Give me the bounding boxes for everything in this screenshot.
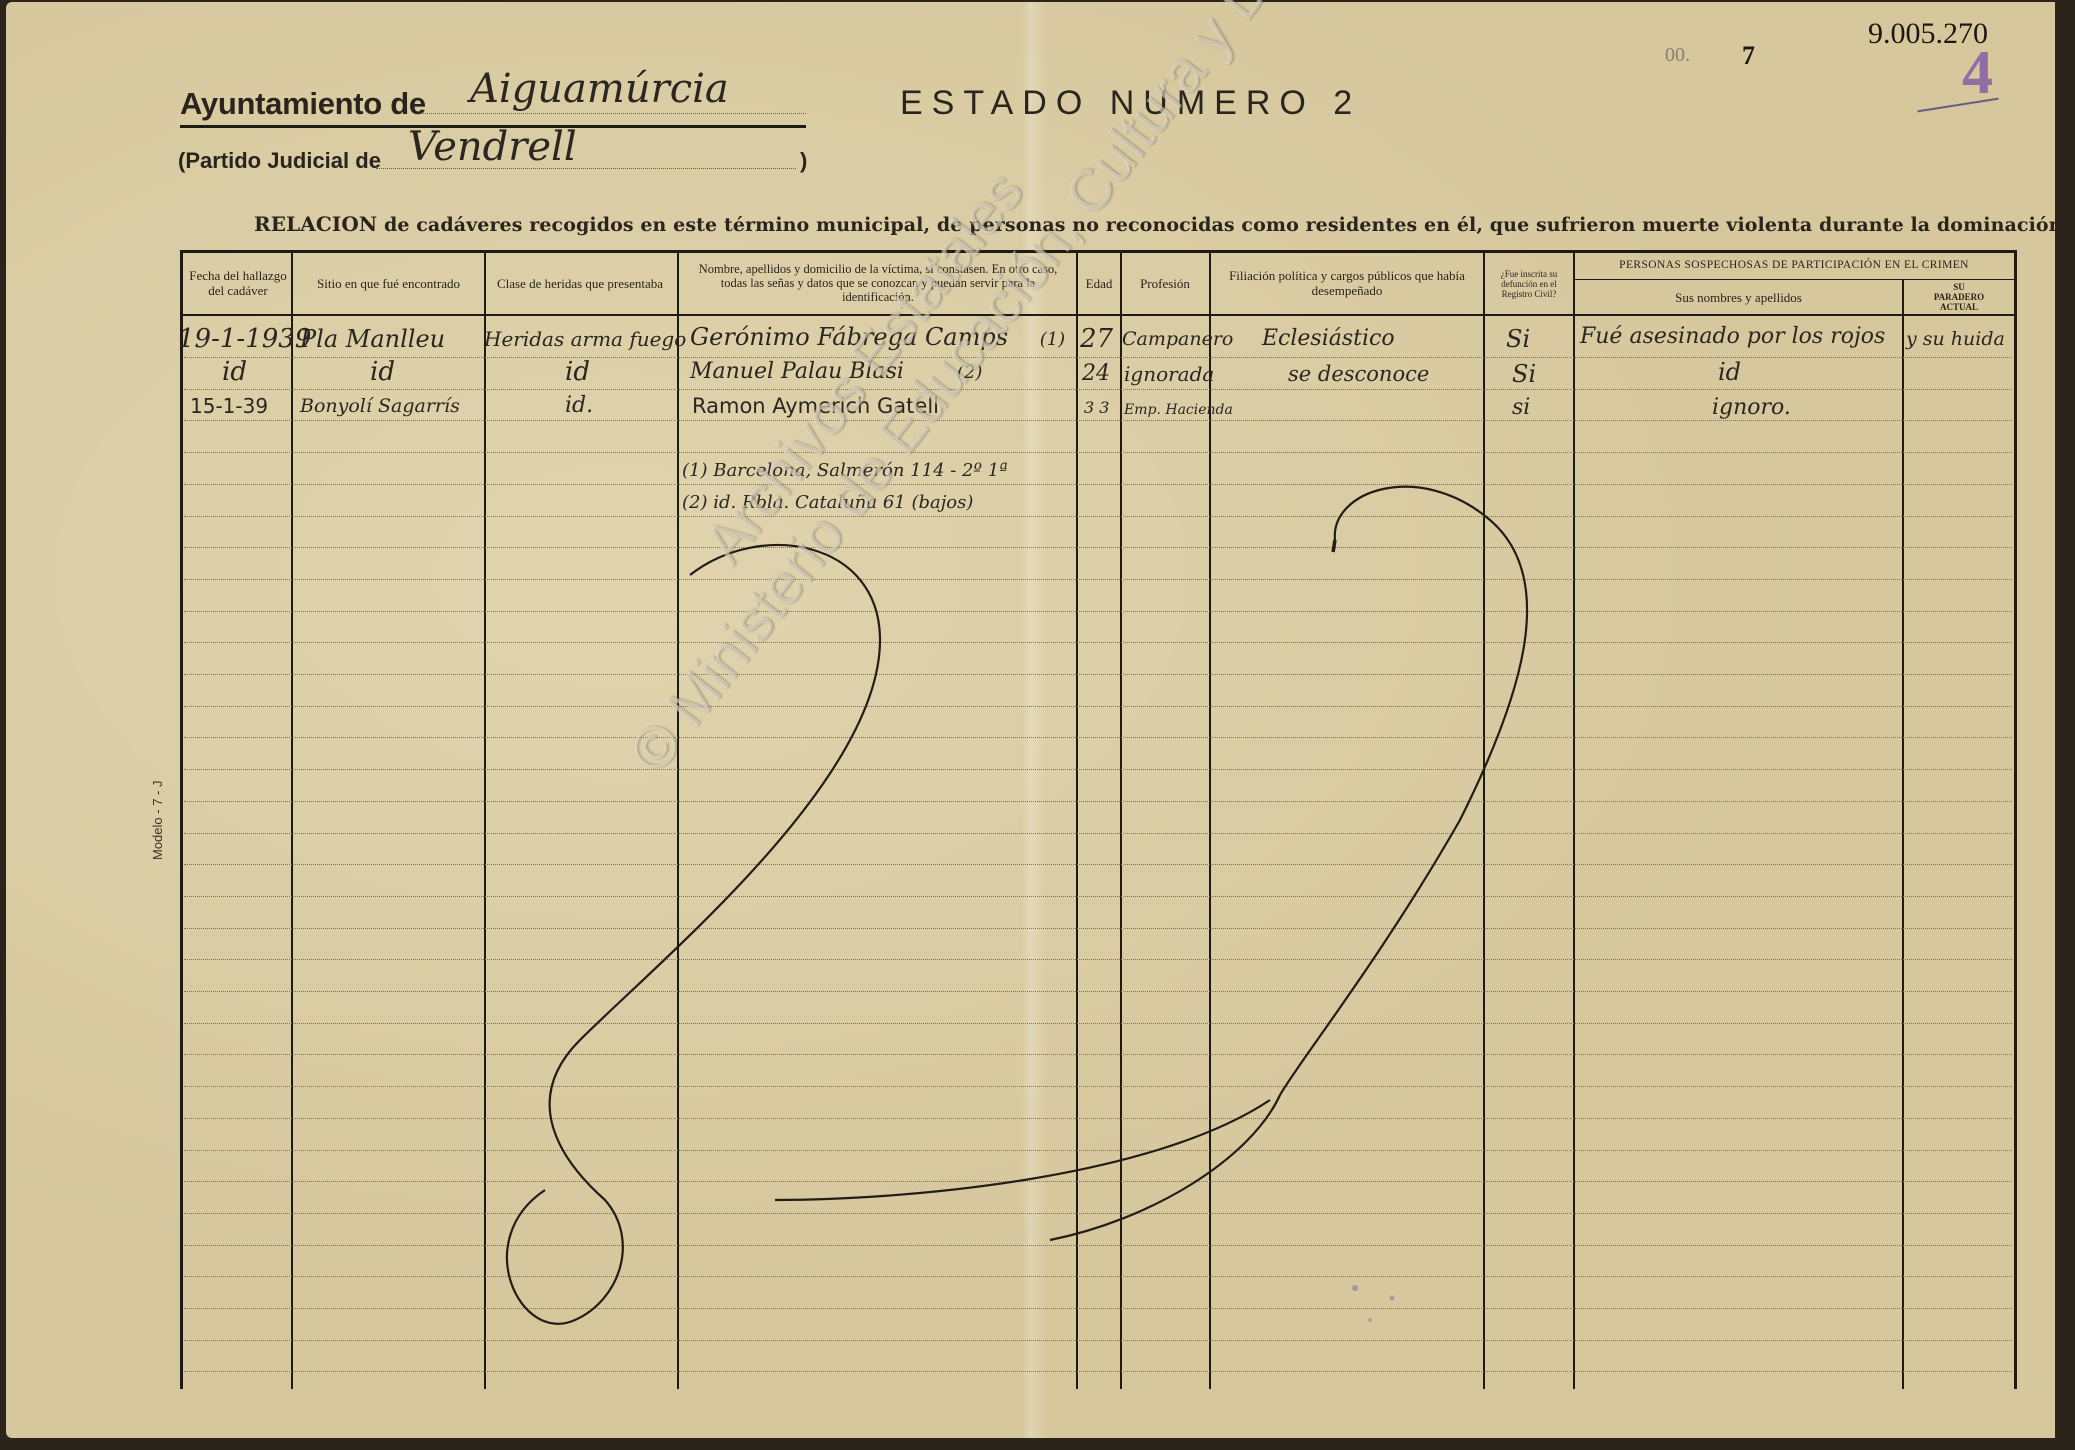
ruled-line	[184, 928, 2012, 929]
cell-filiacion-r1: Eclesiástico	[1262, 325, 1395, 353]
footnote-2: (2) id. Rbla. Cataluña 61 (bajos)	[682, 492, 973, 513]
ruled-line	[184, 389, 2012, 390]
ruled-line	[184, 1118, 2012, 1119]
ruled-line	[184, 579, 2012, 580]
cell-sitio-r2: id	[370, 358, 395, 386]
ruled-line	[184, 484, 2012, 485]
partido-label: (Partido Judicial de	[178, 148, 381, 174]
cell-profesion-r1: Campanero	[1122, 325, 1233, 353]
ruled-line	[184, 1245, 2012, 1246]
cell-sospechosos-r3: ignoro.	[1712, 394, 1791, 422]
relacion-text: de cadáveres recogidos en este término m…	[384, 214, 2075, 236]
col-divider-9	[1902, 279, 1904, 1389]
ayuntamiento-value: Aiguamúrcia	[470, 66, 729, 112]
ruled-line	[184, 896, 2012, 897]
cell-nombre-r2: Manuel Palau Blasi (2)	[690, 358, 982, 387]
cell-sospechosos-r2: id	[1718, 358, 1741, 386]
cell-sitio-r1: Pla Manlleu	[300, 325, 445, 353]
ruled-line	[184, 1276, 2012, 1277]
cell-fecha-r2: id	[222, 358, 247, 386]
cell-fecha-r3: 15-1-39	[190, 392, 268, 420]
th-nombre: Nombre, apellidos y domicilio de la víct…	[684, 254, 1072, 312]
cell-registro-r2: Si	[1512, 360, 1536, 388]
th-filiacion: Filiación política y cargos públicos que…	[1212, 254, 1482, 312]
footnote-1: (1) Barcelona, Salmerón 114 - 2º 1ª	[682, 460, 1008, 481]
table-left-border	[180, 250, 183, 1389]
nombre-ref-r1: (1)	[1040, 329, 1066, 350]
table-right-border	[2014, 250, 2017, 1389]
ruled-line	[184, 1054, 2012, 1055]
ruled-line	[184, 1023, 2012, 1024]
cell-edad-r3: 3 3	[1084, 394, 1109, 422]
ayuntamiento-label: Ayuntamiento de	[180, 86, 426, 122]
relacion-lead: RELACION	[254, 212, 377, 236]
cell-sospechosos-r1: Fué asesinado por los rojos	[1580, 323, 1885, 351]
cell-heridas-r2: id	[565, 358, 590, 386]
ruled-line	[184, 1213, 2012, 1214]
ruled-line	[184, 801, 2012, 802]
ruled-line	[184, 706, 2012, 707]
ruled-line	[184, 642, 2012, 643]
ruled-line	[184, 769, 2012, 770]
ruled-line	[184, 674, 2012, 675]
page-mark: 7	[1742, 41, 1755, 71]
nombre-text-r1: Gerónimo Fábrega Camps	[690, 323, 1008, 351]
relacion-caption: RELACION de cadáveres recogidos en este …	[254, 212, 2075, 236]
ruled-line	[184, 547, 2012, 548]
ruled-line	[184, 959, 2012, 960]
ruled-line	[184, 737, 2012, 738]
ruled-line	[184, 991, 2012, 992]
ayuntamiento-dotline	[420, 113, 806, 114]
cell-edad-r1: 27	[1080, 325, 1113, 353]
ruled-line	[184, 1308, 2012, 1309]
cell-heridas-r1: Heridas arma fuego	[484, 325, 686, 353]
table-header-bottom	[180, 314, 2015, 316]
th-sospechosos: Sus nombres y apellidos	[1576, 281, 1901, 313]
th-edad: Edad	[1078, 254, 1120, 312]
cell-filiacion-r2: se desconoce	[1288, 360, 1429, 388]
page-title: ESTADO NUMERO 2	[900, 84, 1361, 123]
cell-sitio-r3: Bonyolí Sagarrís	[300, 392, 460, 420]
th-profesion: Profesión	[1122, 254, 1208, 312]
ruled-line	[184, 1181, 2012, 1182]
page-mark-faded: 00.	[1665, 44, 1690, 67]
partido-close: )	[800, 148, 807, 174]
group-header-divider	[1573, 279, 2015, 280]
cell-edad-r2: 24	[1082, 360, 1110, 388]
ruled-line	[184, 1150, 2012, 1151]
th-registro: ¿Fue inscrita su defunción en el Registr…	[1486, 256, 1572, 312]
cell-nombre-r1: Gerónimo Fábrega Camps (1)	[690, 323, 1065, 354]
th-sitio: Sitio en que fué encontrado	[294, 254, 483, 312]
ruled-line	[184, 1371, 2012, 1372]
th-group-sospechosos: PERSONAS SOSPECHOSAS DE PARTICIPACIÓN EN…	[1576, 252, 2012, 278]
cell-registro-r3: si	[1512, 394, 1530, 422]
cell-profesion-r3: Emp. Hacienda	[1124, 396, 1233, 424]
nombre-text-r2: Manuel Palau Blasi	[690, 359, 904, 384]
ruled-line	[184, 1086, 2012, 1087]
th-fecha: Fecha del hallazgo del cadáver	[186, 254, 290, 312]
ruled-line	[184, 833, 2012, 834]
ruled-line	[184, 452, 2012, 453]
ruled-line	[184, 611, 2012, 612]
nombre-ref-r2: (2)	[957, 362, 983, 383]
th-heridas: Clase de heridas que presentaba	[495, 254, 665, 312]
cell-paradero-r1: y su huida	[1906, 325, 2005, 353]
cell-heridas-r3: id.	[565, 392, 593, 420]
cell-profesion-r2: ignorada	[1124, 360, 1214, 388]
model-label: Modelo - 7 - J	[150, 781, 165, 860]
th-paradero: SU PARADERO ACTUAL	[1905, 281, 2013, 313]
ruled-line	[184, 864, 2012, 865]
ruled-line	[184, 516, 2012, 517]
cell-fecha-r1: 19-1-1939	[178, 325, 311, 353]
ruled-line	[184, 1340, 2012, 1341]
partido-value: Vendrell	[408, 124, 577, 170]
cell-nombre-r3: Ramon Aymerich Gatell	[692, 392, 939, 420]
cell-registro-r1: Si	[1506, 325, 1530, 353]
